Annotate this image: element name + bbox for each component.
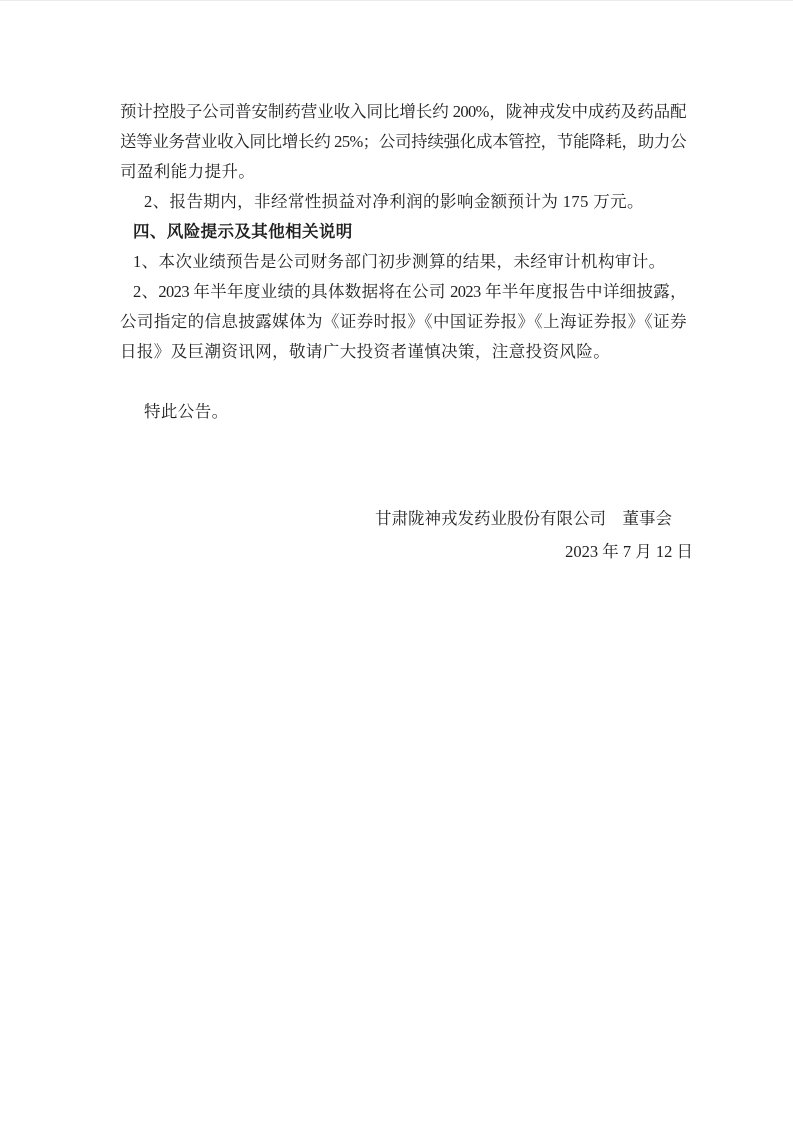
closing-statement: 特此公告。: [120, 397, 686, 427]
list-item-line: 日报》及巨潮资讯网，敬请广大投资者谨慎决策，注意投资风险。: [120, 337, 686, 367]
list-item-line: 2、2023 年半年度业绩的具体数据将在公司 2023 年半年度报告中详细披露，: [120, 277, 686, 307]
announcement-page: 预计控股子公司普安制药营业收入同比增长约 200%，陇神戎发中成药及药品配 送等…: [0, 0, 793, 1122]
signature-company: 甘肃陇神戎发药业股份有限公司 董事会: [120, 502, 686, 535]
list-item-line: 1、本次业绩预告是公司财务部门初步测算的结果，未经审计机构审计。: [120, 247, 686, 277]
body-paragraph-line: 司盈利能力提升。: [120, 157, 686, 187]
blank-line: [120, 367, 686, 397]
document-body: 预计控股子公司普安制药营业收入同比增长约 200%，陇神戎发中成药及药品配 送等…: [120, 97, 686, 568]
section-heading: 四、风险提示及其他相关说明: [120, 217, 686, 247]
body-paragraph-line: 送等业务营业收入同比增长约 25%；公司持续强化成本管控，节能降耗，助力公: [120, 127, 686, 157]
signature-date: 2023 年 7 月 12 日: [120, 535, 693, 568]
list-item-line: 公司指定的信息披露媒体为《证券时报》《中国证券报》《上海证券报》《证券: [120, 307, 686, 337]
body-paragraph-line: 预计控股子公司普安制药营业收入同比增长约 200%，陇神戎发中成药及药品配: [120, 97, 686, 127]
non-recurring-item-line: 2、报告期内，非经常性损益对净利润的影响金额预计为 175 万元。: [120, 187, 686, 217]
signature-block: 甘肃陇神戎发药业股份有限公司 董事会 2023 年 7 月 12 日: [120, 502, 686, 568]
